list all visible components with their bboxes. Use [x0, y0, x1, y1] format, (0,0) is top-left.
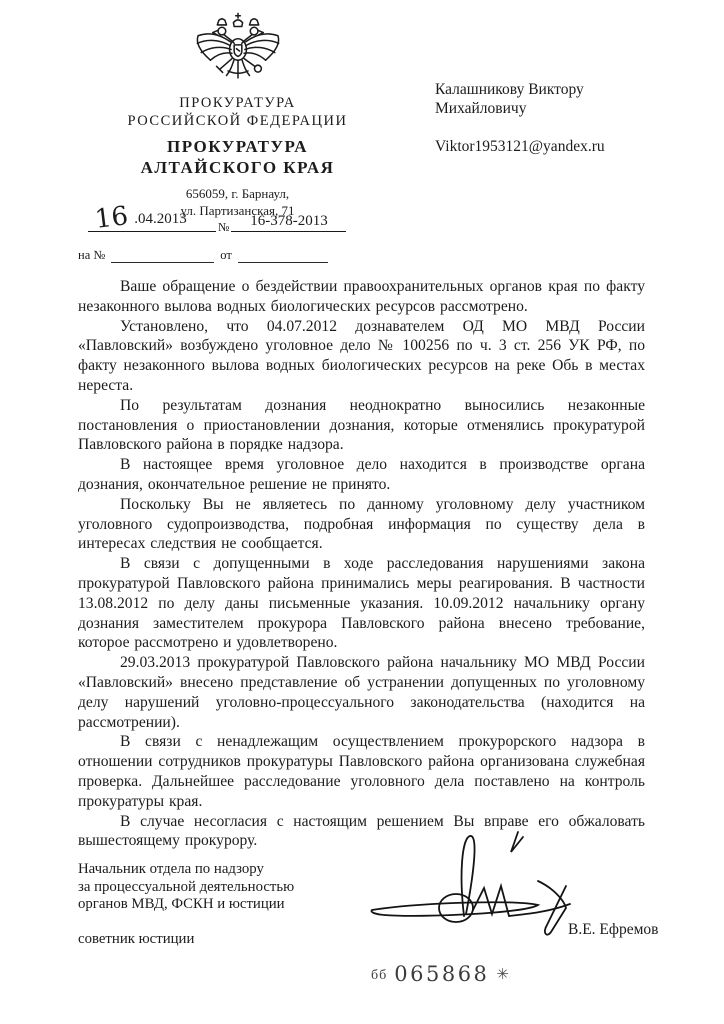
paragraph: Ваше обращение о бездействии правоохрани… — [78, 277, 645, 317]
paragraph: 29.03.2013 прокуратурой Павловского райо… — [78, 653, 645, 732]
form-serial-stamp: бб065868✳ — [350, 962, 530, 986]
stamp-number: 065868 — [394, 962, 489, 986]
paragraph: В связи с допущенными в ходе расследован… — [78, 554, 645, 653]
position-line1: Начальник отдела по надзору — [78, 861, 378, 879]
position-line2: за процессуальной деятельностью — [78, 879, 378, 897]
number-sign: № — [218, 220, 229, 234]
paragraph: Поскольку Вы не являетесь по данному уго… — [78, 495, 645, 554]
reference-line: 16.04.2013№16-378-2013 — [88, 200, 368, 232]
signatory-rank: советник юстиции — [78, 931, 378, 949]
position-line3: органов МВД, ФСКН и юстиции — [78, 896, 378, 914]
handwritten-signature-icon — [368, 826, 583, 949]
addressee-email: Viktor1953121@yandex.ru — [435, 137, 685, 156]
date-month-year: .04.2013 — [134, 211, 187, 227]
addressee-name-line2: Михайловичу — [435, 99, 685, 118]
date-field: 16.04.2013 — [88, 200, 216, 232]
from-date-blank — [238, 249, 328, 263]
scanned-letter-page: ПРОКУРАТУРА РОССИЙСКОЙ ФЕДЕРАЦИИ ПРОКУРА… — [0, 0, 724, 1024]
outgoing-number: 16-378-2013 — [231, 213, 346, 232]
org-federation-line2: РОССИЙСКОЙ ФЕДЕРАЦИИ — [95, 112, 380, 130]
incoming-reference-line: на №от — [78, 248, 378, 263]
asterisk-icon: ✳ — [496, 967, 509, 983]
from-label: от — [220, 248, 232, 262]
handwritten-day: 16 — [93, 201, 130, 235]
letter-body: Ваше обращение о бездействии правоохрани… — [78, 277, 645, 851]
on-number-label: на № — [78, 248, 105, 262]
coat-of-arms-icon — [95, 12, 380, 92]
paragraph: По результатам дознания неоднократно вын… — [78, 396, 645, 455]
letterhead: ПРОКУРАТУРА РОССИЙСКОЙ ФЕДЕРАЦИИ ПРОКУРА… — [95, 12, 380, 219]
on-number-blank — [111, 249, 214, 263]
org-region-line2: АЛТАЙСКОГО КРАЯ — [95, 157, 380, 178]
signatory-position: Начальник отдела по надзору за процессуа… — [78, 861, 378, 948]
paragraph: Установлено, что 04.07.2012 дознавателем… — [78, 317, 645, 396]
org-federation-line1: ПРОКУРАТУРА — [95, 94, 380, 112]
org-region-line1: ПРОКУРАТУРА — [95, 136, 380, 157]
addressee-name-line1: Калашникову Виктору — [435, 80, 685, 99]
addressee-block: Калашникову Виктору Михайловичу Viktor19… — [435, 80, 685, 156]
paragraph: В связи с ненадлежащим осуществлением пр… — [78, 732, 645, 811]
stamp-series: бб — [371, 968, 387, 983]
signatory-name: В.Е. Ефремов — [568, 921, 698, 939]
paragraph: В настоящее время уголовное дело находит… — [78, 455, 645, 495]
